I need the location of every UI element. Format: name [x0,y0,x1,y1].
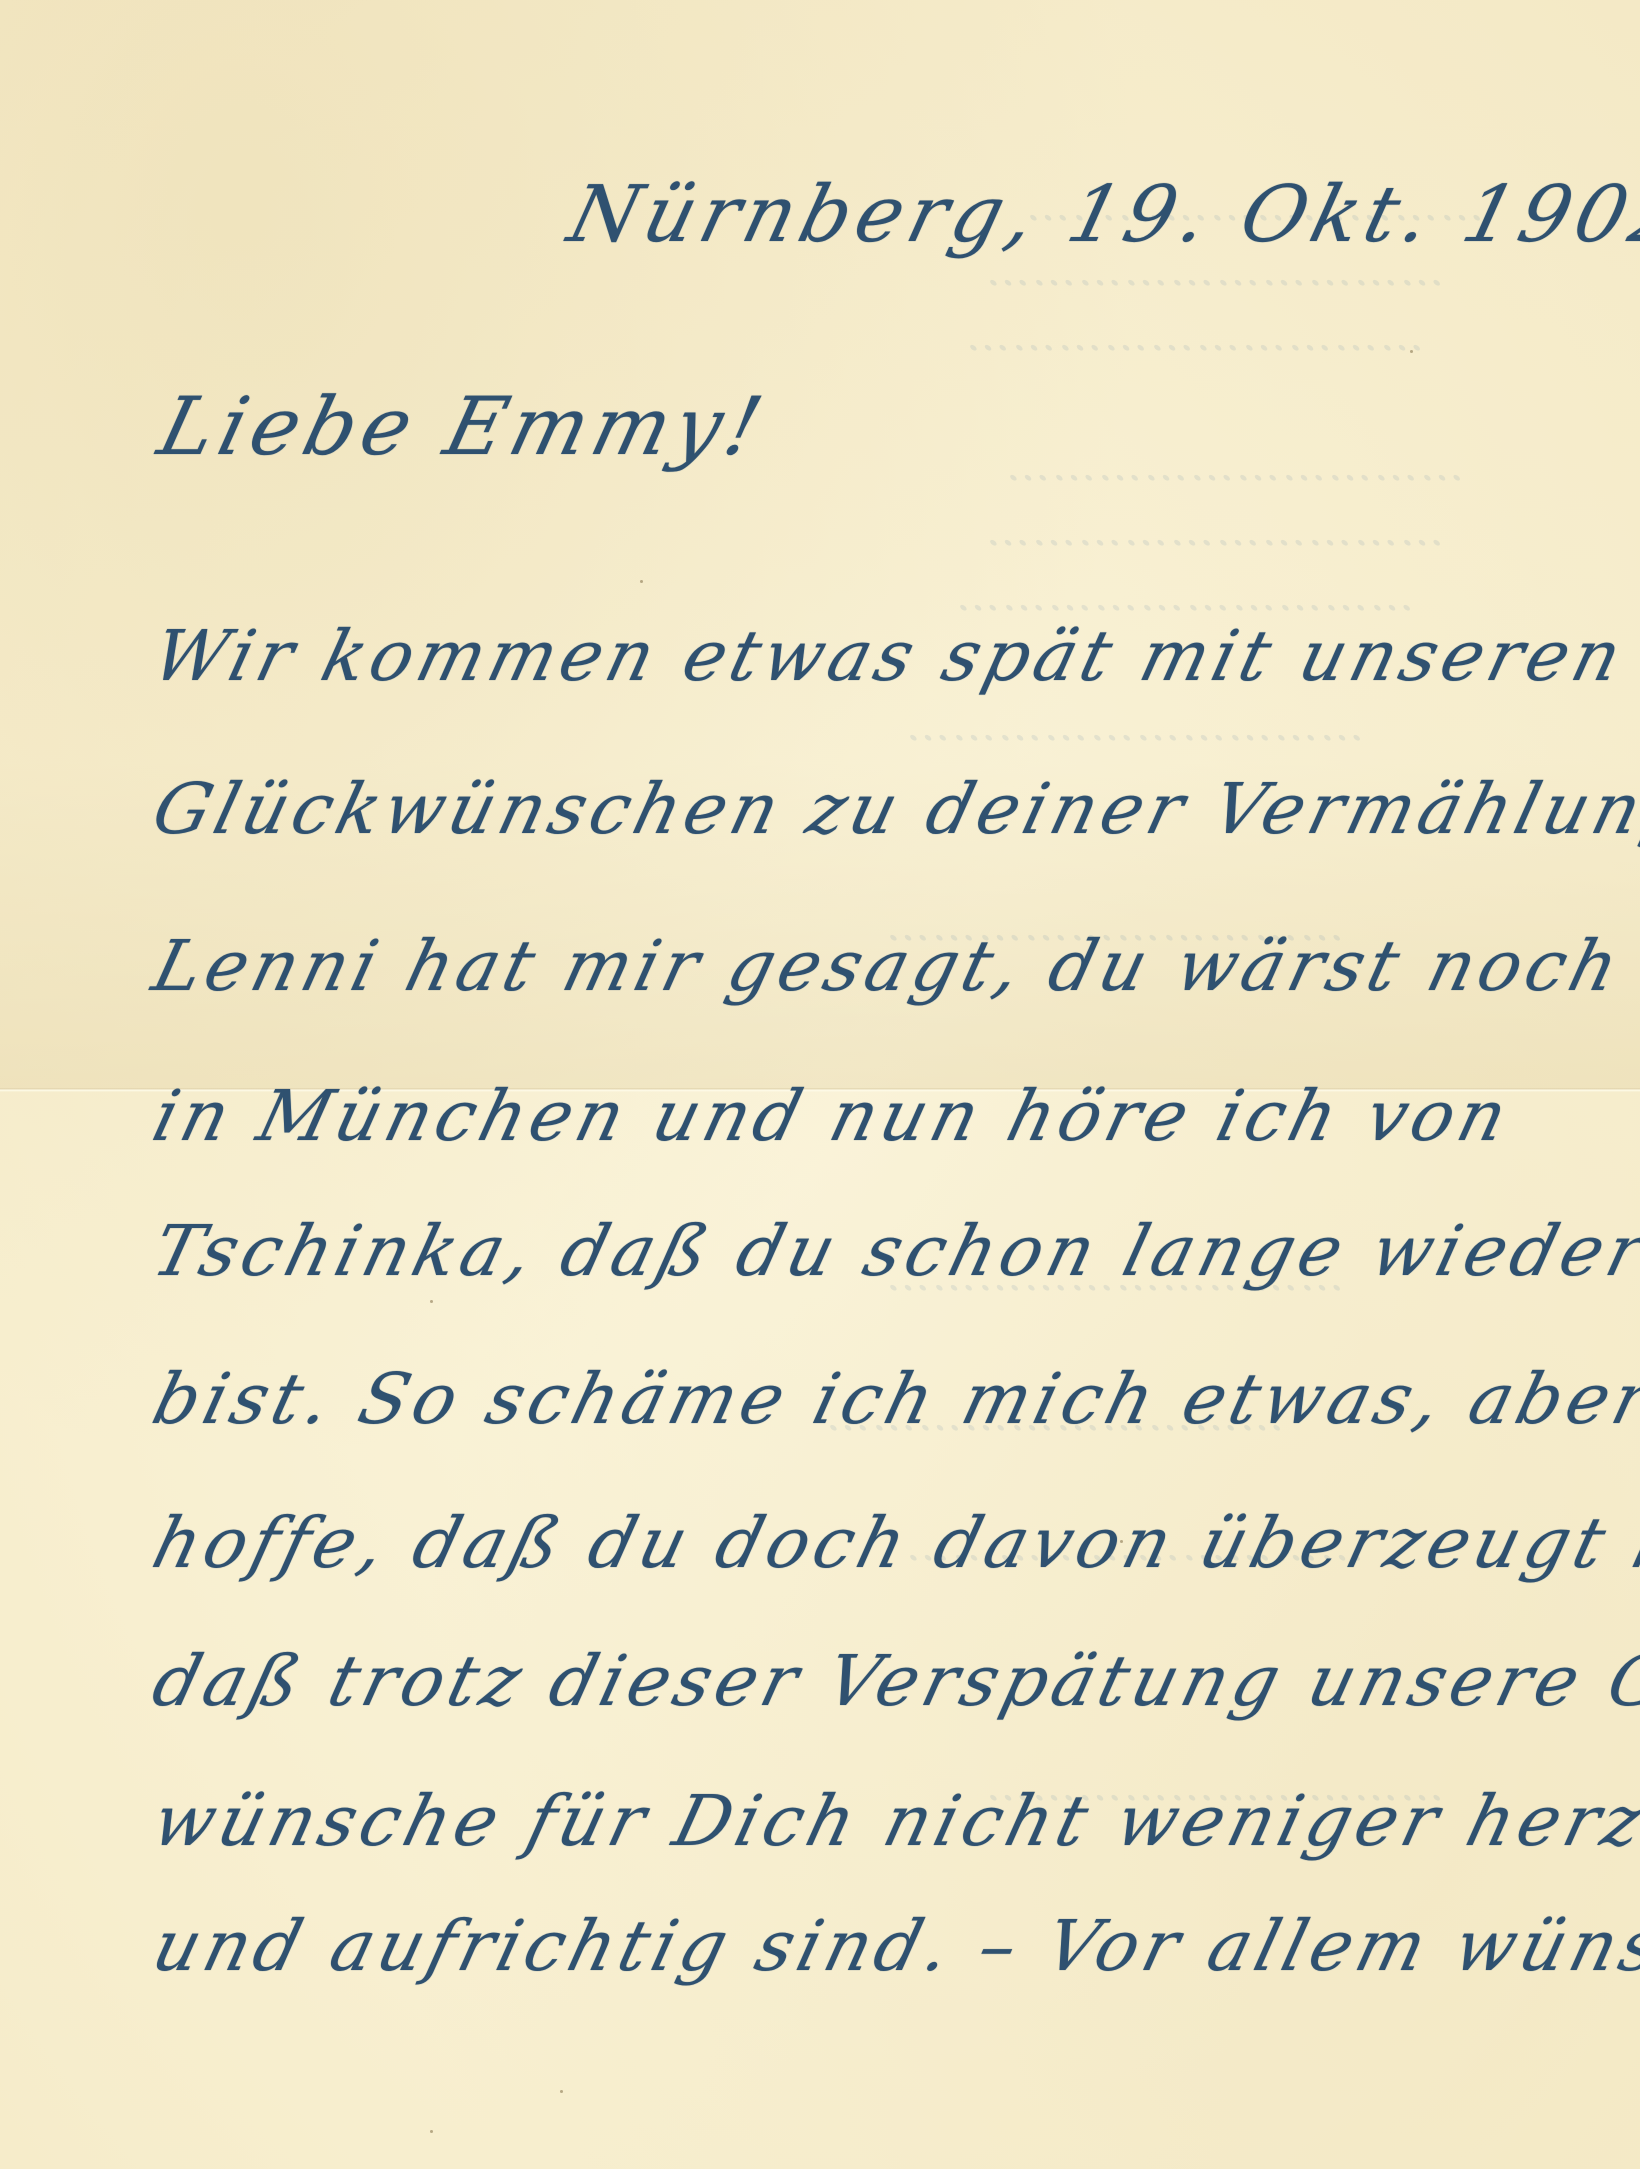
body-line: Wir kommen etwas spät mit unseren [145,615,1634,697]
body-line: wünsche für Dich nicht weniger herzlich [145,1780,1640,1862]
paper-speck [1120,1540,1123,1543]
paper-speck [560,2090,563,2093]
paper-speck [1410,350,1413,353]
paper-speck [430,2130,433,2133]
bleed-line: ………………………… [952,310,1429,361]
bleed-line: ………………………… [992,440,1469,491]
body-line: bist. So schäme ich mich etwas, aber ich [145,1358,1640,1440]
body-line: daß trotz dieser Verspätung unsere Glück… [145,1640,1640,1722]
paper-speck [640,580,643,583]
body-line: Tschinka, daß du schon lange wieder dort [145,1210,1640,1292]
body-line: Lenni hat mir gesagt, du wärst noch [145,925,1631,1007]
paper-speck [430,1300,433,1303]
body-line: und aufrichtig sind. – Vor allem wünsche… [145,1905,1640,1987]
bleed-line: ………………………… [942,570,1419,621]
salutation: Liebe Emmy! [150,380,777,473]
bleed-line: ………………………… [892,700,1369,751]
body-line: in München und nun höre ich von [145,1075,1520,1157]
bleed-line: ………………………… [972,505,1449,556]
body-line: hoffe, daß du doch davon überzeugt bist, [145,1502,1640,1584]
place-and-date: Nürnberg, 19. Okt. 1902 [560,170,1640,260]
body-line: Glückwünschen zu deiner Vermählung. [145,768,1640,850]
